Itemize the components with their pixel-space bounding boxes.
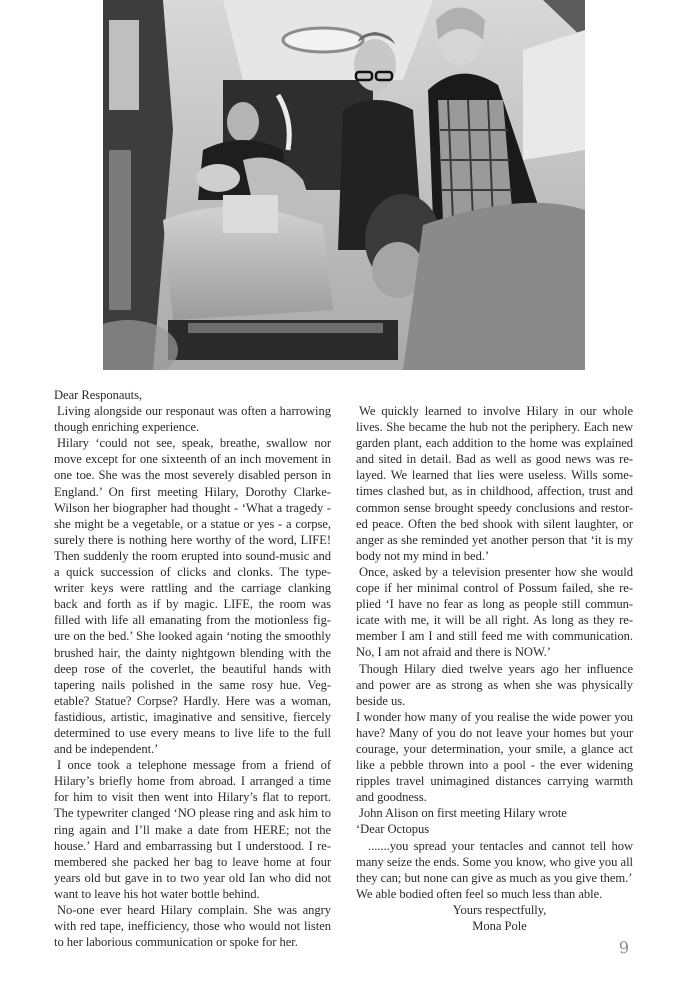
paragraph: Though Hilary died twelve years ago her … [356,661,633,709]
signature: Mona Pole [356,918,633,934]
salutation: Dear Responauts, [54,387,331,403]
paragraph: Living alongside our responaut was often… [54,403,331,435]
paragraph: Hilary ‘could not see, speak, breathe, s… [54,435,331,757]
paragraph: We quickly learned to involve Hilary in … [356,403,633,564]
letter-left-column: Dear Responauts, Living alongside our re… [54,387,331,950]
paragraph: John Alison on first meeting Hilary wrot… [356,805,633,821]
letter-right-column: We quickly learned to involve Hilary in … [356,403,633,934]
photo-illustration [103,0,585,370]
photograph [103,0,585,370]
quote-opening: ‘Dear Octopus [356,821,633,837]
valediction: Yours respectfully, [356,902,633,918]
page-number: 9 [618,938,629,958]
paragraph: No-one ever heard Hilary complain. She w… [54,902,331,950]
closing-line: We able bodied often feel so much less t… [356,886,633,902]
quote-body: .......you spread your tentacles and can… [356,838,633,886]
paragraph: Once, asked by a television presenter ho… [356,564,633,661]
paragraph: I wonder how many of you realise the wid… [356,709,633,806]
paragraph: I once took a telephone message from a f… [54,757,331,902]
